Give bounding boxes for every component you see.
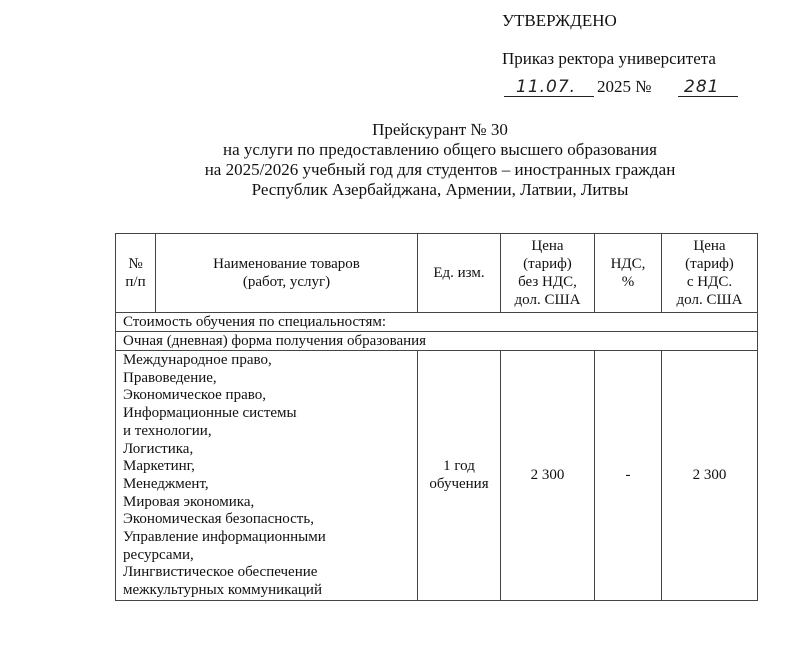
header-num-line: № xyxy=(116,255,155,273)
heading-title: Прейскурант № 30 xyxy=(140,120,740,140)
heading-line-2: на услуги по предоставлению общего высше… xyxy=(140,140,740,160)
header-vat: НДС, % xyxy=(595,234,662,313)
header-name-line: Наименование товаров xyxy=(156,255,417,273)
date-underline xyxy=(504,96,594,97)
specialty: ресурсами, xyxy=(123,547,417,565)
section-cost-label: Стоимость обучения по специальностям: xyxy=(116,313,758,332)
unit-line: обучения xyxy=(418,475,500,493)
header-price-vat-line: с НДС. xyxy=(662,273,757,291)
price-with-vat-cell: 2 300 xyxy=(662,351,758,601)
specialty: Мировая экономика, xyxy=(123,494,417,512)
approval-order: Приказ ректора университета xyxy=(502,46,716,72)
section-fulltime-label: Очная (дневная) форма получения образова… xyxy=(116,332,758,351)
specialty: Управление информационными xyxy=(123,529,417,547)
header-price-line: (тариф) xyxy=(501,255,594,273)
specialty: межкультурных коммуникаций xyxy=(123,582,417,600)
header-price-line: Цена xyxy=(501,237,594,255)
header-price-line: без НДС, xyxy=(501,273,594,291)
price-list-heading: Прейскурант № 30 на услуги по предоставл… xyxy=(140,120,740,200)
specialty: Экономическое право, xyxy=(123,387,417,405)
price-no-vat-cell: 2 300 xyxy=(501,351,595,601)
header-price-line: дол. США xyxy=(501,291,594,309)
specialties-cell: Международное право, Правоведение, Эконо… xyxy=(116,351,418,601)
specialty: и технологии, xyxy=(123,423,417,441)
approval-date-line: 11.07. 2025 № 281 xyxy=(502,74,742,102)
specialty: Информационные системы xyxy=(123,405,417,423)
specialty: Правоведение, xyxy=(123,370,417,388)
specialty: Экономическая безопасность, xyxy=(123,511,417,529)
number-underline xyxy=(678,96,738,97)
header-num: № п/п xyxy=(116,234,156,313)
approval-year: 2025 № xyxy=(597,74,651,100)
heading-line-4: Республик Азербайджана, Армении, Латвии,… xyxy=(140,180,740,200)
specialty: Менеджмент, xyxy=(123,476,417,494)
approval-title: УТВЕРЖДЕНО xyxy=(502,8,617,34)
section-row-fulltime: Очная (дневная) форма получения образова… xyxy=(116,332,758,351)
header-price-no-vat: Цена (тариф) без НДС, дол. США xyxy=(501,234,595,313)
unit-cell: 1 год обучения xyxy=(418,351,501,601)
header-vat-line: % xyxy=(595,273,661,291)
vat-cell: - xyxy=(595,351,662,601)
section-row-cost: Стоимость обучения по специальностям: xyxy=(116,313,758,332)
header-unit: Ед. изм. xyxy=(418,234,501,313)
header-vat-line: НДС, xyxy=(595,255,661,273)
header-price-vat-line: дол. США xyxy=(662,291,757,309)
specialty: Международное право, xyxy=(123,352,417,370)
specialty: Логистика, xyxy=(123,441,417,459)
specialty: Маркетинг, xyxy=(123,458,417,476)
header-name-line: (работ, услуг) xyxy=(156,273,417,291)
header-price-vat-line: (тариф) xyxy=(662,255,757,273)
unit-line: 1 год xyxy=(418,457,500,475)
header-price-with-vat: Цена (тариф) с НДС. дол. США xyxy=(662,234,758,313)
specialty: Лингвистическое обеспечение xyxy=(123,564,417,582)
heading-line-3: на 2025/2026 учебный год для студентов –… xyxy=(140,160,740,180)
header-name: Наименование товаров (работ, услуг) xyxy=(156,234,418,313)
table-row: Международное право, Правоведение, Эконо… xyxy=(116,351,758,601)
price-table: № п/п Наименование товаров (работ, услуг… xyxy=(115,233,758,601)
header-num-line: п/п xyxy=(116,273,155,291)
header-price-vat-line: Цена xyxy=(662,237,757,255)
table-header-row: № п/п Наименование товаров (работ, услуг… xyxy=(116,234,758,313)
